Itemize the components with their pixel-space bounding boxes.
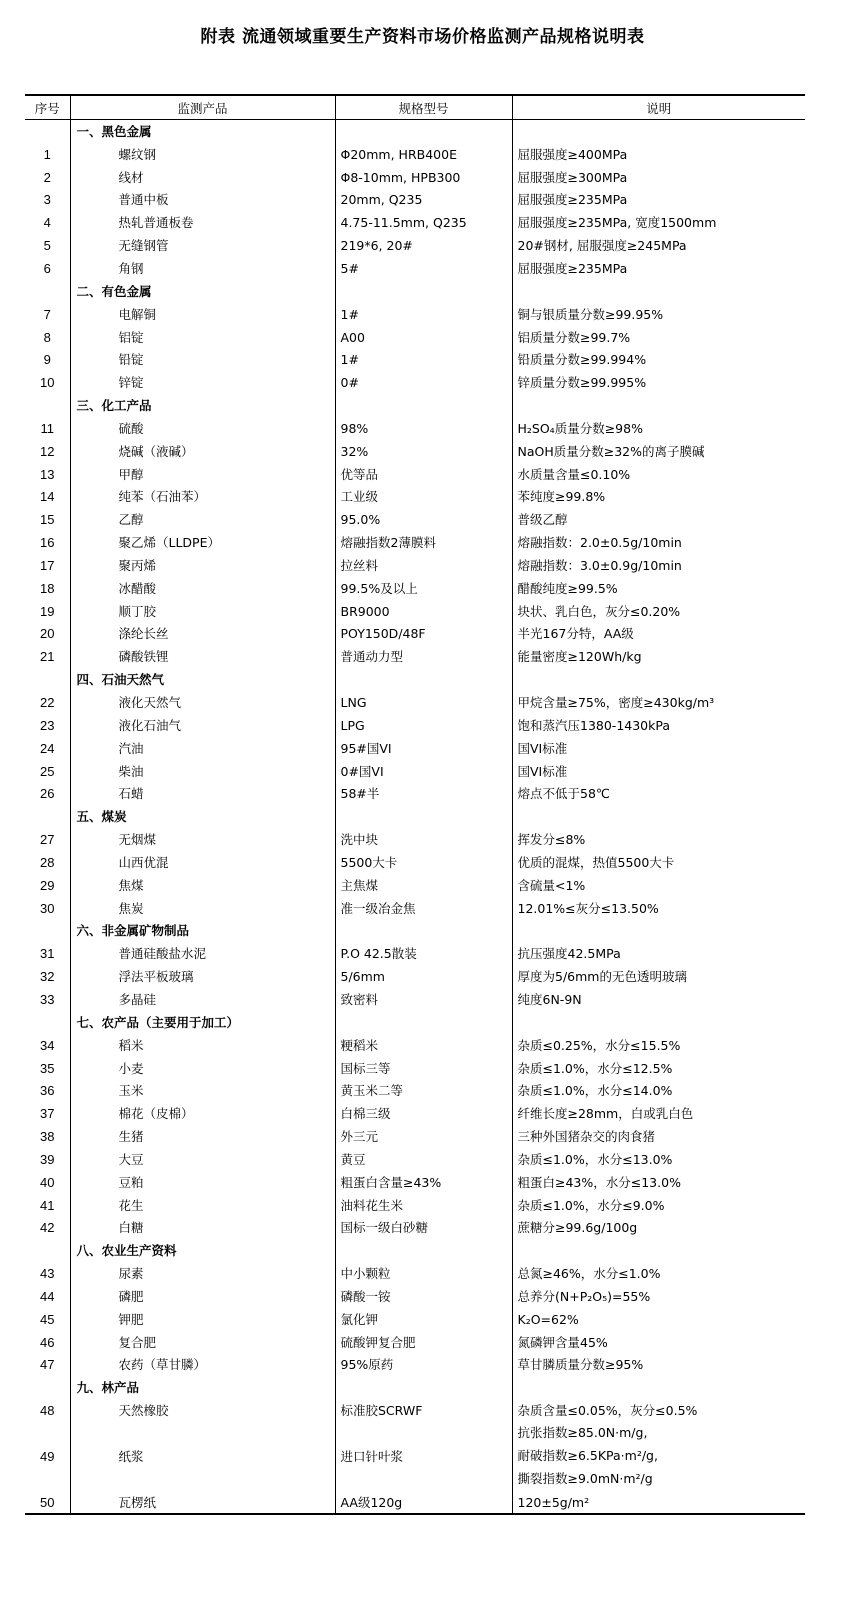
table-row: 18冰醋酸99.5%及以上醋酸纯度≥99.5% [25, 577, 805, 600]
category-label: 八、农业生产资料 [70, 1239, 335, 1262]
row-spec: 准一级冶金焦 [335, 897, 512, 920]
spec-table: 序号 监测产品 规格型号 说明 一、黑色金属1螺纹钢Φ20mm, HRB400E… [25, 94, 805, 1515]
category-row: 三、化工产品 [25, 394, 805, 417]
row-spec: 进口针叶浆 [335, 1422, 512, 1491]
table-row: 37棉花（皮棉）白棉三级纤维长度≥28mm，白或乳白色 [25, 1102, 805, 1125]
row-index: 30 [25, 897, 70, 920]
row-index: 31 [25, 942, 70, 965]
row-note [512, 805, 805, 828]
header-index: 序号 [25, 95, 70, 120]
category-label: 七、农产品（主要用于加工） [70, 1011, 335, 1034]
row-product: 热轧普通板卷 [70, 211, 335, 234]
row-product: 磷肥 [70, 1285, 335, 1308]
row-product: 焦炭 [70, 897, 335, 920]
row-product: 锌锭 [70, 371, 335, 394]
row-spec [335, 1376, 512, 1399]
header-product: 监测产品 [70, 95, 335, 120]
row-note: 屈服强度≥300MPa [512, 166, 805, 189]
row-product: 普通中板 [70, 189, 335, 212]
category-row: 九、林产品 [25, 1376, 805, 1399]
row-note: 水质量含量≤0.10% [512, 463, 805, 486]
row-product: 电解铜 [70, 303, 335, 326]
row-note: 杂质≤1.0%，水分≤12.5% [512, 1057, 805, 1080]
row-note: 屈服强度≥235MPa, 宽度1500mm [512, 211, 805, 234]
table-row: 29焦煤主焦煤含硫量<1% [25, 874, 805, 897]
row-spec: 粗蛋白含量≥43% [335, 1171, 512, 1194]
row-spec: 5500大卡 [335, 851, 512, 874]
row-index: 32 [25, 965, 70, 988]
row-spec: 硫酸钾复合肥 [335, 1331, 512, 1354]
table-row: 21磷酸铁锂普通动力型能量密度≥120Wh/kg [25, 645, 805, 668]
table-row: 23液化石油气LPG饱和蒸汽压1380-1430kPa [25, 714, 805, 737]
table-row: 43尿素中小颗粒总氮≥46%，水分≤1.0% [25, 1262, 805, 1285]
row-spec: 主焦煤 [335, 874, 512, 897]
row-spec: AA级120g [335, 1491, 512, 1515]
row-index: 42 [25, 1217, 70, 1240]
row-index: 38 [25, 1125, 70, 1148]
row-index: 10 [25, 371, 70, 394]
table-row: 15乙醇95.0%普级乙醇 [25, 508, 805, 531]
row-index: 5 [25, 234, 70, 257]
row-index: 4 [25, 211, 70, 234]
row-note: 20#钢材, 屈服强度≥245MPa [512, 234, 805, 257]
row-spec: 洗中块 [335, 828, 512, 851]
row-spec: 32% [335, 440, 512, 463]
row-index: 16 [25, 531, 70, 554]
row-index [25, 1239, 70, 1262]
row-product: 焦煤 [70, 874, 335, 897]
row-spec [335, 280, 512, 303]
row-product: 铅锭 [70, 348, 335, 371]
row-index: 48 [25, 1399, 70, 1422]
row-spec: 1# [335, 348, 512, 371]
row-index [25, 1376, 70, 1399]
row-product: 生猪 [70, 1125, 335, 1148]
table-row: 10锌锭0#锌质量分数≥99.995% [25, 371, 805, 394]
row-index [25, 920, 70, 943]
row-product: 普通硅酸盐水泥 [70, 942, 335, 965]
row-product: 顺丁胶 [70, 600, 335, 623]
row-spec: 油料花生米 [335, 1194, 512, 1217]
row-spec [335, 920, 512, 943]
table-row: 38生猪外三元三种外国猪杂交的肉食猪 [25, 1125, 805, 1148]
note-line: 耐破指数≥6.5KPa·m²/g, [518, 1445, 806, 1468]
row-spec: BR9000 [335, 600, 512, 623]
table-row: 45钾肥氯化钾K₂O=62% [25, 1308, 805, 1331]
row-index: 29 [25, 874, 70, 897]
row-note: 12.01%≤灰分≤13.50% [512, 897, 805, 920]
row-spec [335, 805, 512, 828]
row-index: 23 [25, 714, 70, 737]
row-spec: 外三元 [335, 1125, 512, 1148]
row-spec: 58#半 [335, 782, 512, 805]
row-note: 挥发分≤8% [512, 828, 805, 851]
row-spec: 国标三等 [335, 1057, 512, 1080]
row-index: 20 [25, 623, 70, 646]
row-product: 铝锭 [70, 326, 335, 349]
table-row: 41花生油料花生米杂质≤1.0%，水分≤9.0% [25, 1194, 805, 1217]
row-product: 线材 [70, 166, 335, 189]
row-index: 41 [25, 1194, 70, 1217]
category-row: 八、农业生产资料 [25, 1239, 805, 1262]
row-spec: LPG [335, 714, 512, 737]
row-product: 汽油 [70, 737, 335, 760]
row-note: 锌质量分数≥99.995% [512, 371, 805, 394]
table-row: 46复合肥硫酸钾复合肥氮磷钾含量45% [25, 1331, 805, 1354]
row-spec: 95.0% [335, 508, 512, 531]
row-spec [335, 394, 512, 417]
row-note: 屈服强度≥400MPa [512, 143, 805, 166]
row-product: 聚丙烯 [70, 554, 335, 577]
row-product: 花生 [70, 1194, 335, 1217]
page-title: 附表 流通领域重要生产资料市场价格监测产品规格说明表 [0, 22, 845, 47]
row-product: 尿素 [70, 1262, 335, 1285]
table-row: 35小麦国标三等杂质≤1.0%，水分≤12.5% [25, 1057, 805, 1080]
table-row: 8铝锭A00铝质量分数≥99.7% [25, 326, 805, 349]
row-note [512, 1011, 805, 1034]
row-note: 氮磷钾含量45% [512, 1331, 805, 1354]
table-row: 32浮法平板玻璃5/6mm厚度为5/6mm的无色透明玻璃 [25, 965, 805, 988]
row-note: 屈服强度≥235MPa [512, 189, 805, 212]
category-label: 一、黑色金属 [70, 120, 335, 143]
row-spec: 中小颗粒 [335, 1262, 512, 1285]
header-spec: 规格型号 [335, 95, 512, 120]
row-index [25, 120, 70, 143]
table-row: 28山西优混5500大卡优质的混煤，热值5500大卡 [25, 851, 805, 874]
row-product: 柴油 [70, 760, 335, 783]
row-note: 三种外国猪杂交的肉食猪 [512, 1125, 805, 1148]
row-index: 6 [25, 257, 70, 280]
row-spec: 95#国VI [335, 737, 512, 760]
row-spec: 5/6mm [335, 965, 512, 988]
row-index: 50 [25, 1491, 70, 1515]
row-index: 47 [25, 1354, 70, 1377]
row-product: 瓦楞纸 [70, 1491, 335, 1515]
row-spec: 219*6, 20# [335, 234, 512, 257]
row-spec: 氯化钾 [335, 1308, 512, 1331]
row-spec: 黄玉米二等 [335, 1079, 512, 1102]
row-spec: 1# [335, 303, 512, 326]
row-product: 小麦 [70, 1057, 335, 1080]
row-note [512, 668, 805, 691]
table-row: 44磷肥磷酸一铵总养分(N+P₂O₅)=55% [25, 1285, 805, 1308]
row-spec: 粳稻米 [335, 1034, 512, 1057]
row-index: 7 [25, 303, 70, 326]
row-product: 聚乙烯（LLDPE） [70, 531, 335, 554]
row-index: 26 [25, 782, 70, 805]
row-product: 烧碱（液碱） [70, 440, 335, 463]
row-note: 总氮≥46%，水分≤1.0% [512, 1262, 805, 1285]
row-note: 国VI标准 [512, 760, 805, 783]
table-row: 31普通硅酸盐水泥P.O 42.5散装抗压强度42.5MPa [25, 942, 805, 965]
table-row: 14纯苯（石油苯）工业级苯纯度≥99.8% [25, 486, 805, 509]
row-note: 铝质量分数≥99.7% [512, 326, 805, 349]
row-index: 14 [25, 486, 70, 509]
table-row: 26石蜡58#半熔点不低于58℃ [25, 782, 805, 805]
row-product: 螺纹钢 [70, 143, 335, 166]
row-index: 25 [25, 760, 70, 783]
row-note: 杂质含量≤0.05%，灰分≤0.5% [512, 1399, 805, 1422]
row-note: 蔗糖分≥99.6g/100g [512, 1217, 805, 1240]
row-index: 37 [25, 1102, 70, 1125]
row-product: 白糖 [70, 1217, 335, 1240]
row-index [25, 1011, 70, 1034]
table-row: 25柴油0#国VI国VI标准 [25, 760, 805, 783]
category-row: 六、非金属矿物制品 [25, 920, 805, 943]
table-row: 19顺丁胶BR9000块状、乳白色，灰分≤0.20% [25, 600, 805, 623]
row-index: 3 [25, 189, 70, 212]
row-index: 1 [25, 143, 70, 166]
row-index: 36 [25, 1079, 70, 1102]
row-product: 角钢 [70, 257, 335, 280]
row-note [512, 920, 805, 943]
row-spec: 5# [335, 257, 512, 280]
table-row: 33多晶硅致密料纯度6N-9N [25, 988, 805, 1011]
row-note: 屈服强度≥235MPa [512, 257, 805, 280]
note-line: 撕裂指数≥9.0mN·m²/g [518, 1468, 806, 1491]
category-label: 三、化工产品 [70, 394, 335, 417]
row-spec [335, 1239, 512, 1262]
row-product: 液化天然气 [70, 691, 335, 714]
row-note: 厚度为5/6mm的无色透明玻璃 [512, 965, 805, 988]
row-product: 硫酸 [70, 417, 335, 440]
table-body: 一、黑色金属1螺纹钢Φ20mm, HRB400E屈服强度≥400MPa2线材Φ8… [25, 120, 805, 1515]
row-product: 山西优混 [70, 851, 335, 874]
table-row: 40豆粕粗蛋白含量≥43%粗蛋白≥43%，水分≤13.0% [25, 1171, 805, 1194]
category-row: 四、石油天然气 [25, 668, 805, 691]
row-index: 17 [25, 554, 70, 577]
category-label: 四、石油天然气 [70, 668, 335, 691]
row-index: 49 [25, 1422, 70, 1491]
row-product: 稻米 [70, 1034, 335, 1057]
row-index: 2 [25, 166, 70, 189]
row-note: NaOH质量分数≥32%的离子膜碱 [512, 440, 805, 463]
table-row: 3普通中板20mm, Q235屈服强度≥235MPa [25, 189, 805, 212]
row-note: 草甘膦质量分数≥95% [512, 1354, 805, 1377]
row-note [512, 280, 805, 303]
row-note: 120±5g/m² [512, 1491, 805, 1515]
row-note: 普级乙醇 [512, 508, 805, 531]
row-index: 21 [25, 645, 70, 668]
row-spec: POY150D/48F [335, 623, 512, 646]
category-row: 一、黑色金属 [25, 120, 805, 143]
row-index: 39 [25, 1148, 70, 1171]
row-product: 玉米 [70, 1079, 335, 1102]
table-row: 47农药（草甘膦）95%原药草甘膦质量分数≥95% [25, 1354, 805, 1377]
row-index: 45 [25, 1308, 70, 1331]
table-row: 50瓦楞纸AA级120g120±5g/m² [25, 1491, 805, 1515]
table-row: 2线材Φ8-10mm, HPB300屈服强度≥300MPa [25, 166, 805, 189]
row-spec: 优等品 [335, 463, 512, 486]
category-label: 二、有色金属 [70, 280, 335, 303]
table-row: 20涤纶长丝POY150D/48F半光167分特，AA级 [25, 623, 805, 646]
row-product: 纯苯（石油苯） [70, 486, 335, 509]
row-note: 醋酸纯度≥99.5% [512, 577, 805, 600]
row-spec: 20mm, Q235 [335, 189, 512, 212]
header-note: 说明 [512, 95, 805, 120]
row-note: 抗压强度42.5MPa [512, 942, 805, 965]
row-product: 石蜡 [70, 782, 335, 805]
row-note: 能量密度≥120Wh/kg [512, 645, 805, 668]
row-note: 熔点不低于58℃ [512, 782, 805, 805]
row-note: 块状、乳白色，灰分≤0.20% [512, 600, 805, 623]
row-index [25, 805, 70, 828]
table-row: 34稻米粳稻米杂质≤0.25%，水分≤15.5% [25, 1034, 805, 1057]
table-row: 49纸浆进口针叶浆抗张指数≥85.0N·m/g,耐破指数≥6.5KPa·m²/g… [25, 1422, 805, 1491]
table-row: 24汽油95#国VI国VI标准 [25, 737, 805, 760]
row-index: 27 [25, 828, 70, 851]
row-note: 纯度6N-9N [512, 988, 805, 1011]
table-row: 42白糖国标一级白砂糖蔗糖分≥99.6g/100g [25, 1217, 805, 1240]
row-note [512, 394, 805, 417]
row-spec: 0# [335, 371, 512, 394]
category-label: 五、煤炭 [70, 805, 335, 828]
row-spec: 国标一级白砂糖 [335, 1217, 512, 1240]
row-index: 46 [25, 1331, 70, 1354]
category-row: 五、煤炭 [25, 805, 805, 828]
row-product: 甲醇 [70, 463, 335, 486]
row-spec: Φ8-10mm, HPB300 [335, 166, 512, 189]
table-row: 11硫酸98%H₂SO₄质量分数≥98% [25, 417, 805, 440]
row-index: 33 [25, 988, 70, 1011]
table-row: 17聚丙烯拉丝料熔融指数：3.0±0.9g/10min [25, 554, 805, 577]
row-index: 43 [25, 1262, 70, 1285]
row-note: 铜与银质量分数≥99.95% [512, 303, 805, 326]
row-index: 35 [25, 1057, 70, 1080]
row-note: H₂SO₄质量分数≥98% [512, 417, 805, 440]
row-index: 15 [25, 508, 70, 531]
row-note: 熔融指数：3.0±0.9g/10min [512, 554, 805, 577]
row-index: 24 [25, 737, 70, 760]
row-spec: A00 [335, 326, 512, 349]
row-product: 无缝钢管 [70, 234, 335, 257]
row-note [512, 1239, 805, 1262]
table-header-row: 序号 监测产品 规格型号 说明 [25, 95, 805, 120]
row-index [25, 394, 70, 417]
table-row: 39大豆黄豆杂质≤1.0%，水分≤13.0% [25, 1148, 805, 1171]
row-spec: 磷酸一铵 [335, 1285, 512, 1308]
row-product: 天然橡胶 [70, 1399, 335, 1422]
table-row: 7电解铜1#铜与银质量分数≥99.95% [25, 303, 805, 326]
row-product: 无烟煤 [70, 828, 335, 851]
row-spec: 4.75-11.5mm, Q235 [335, 211, 512, 234]
row-note: 粗蛋白≥43%，水分≤13.0% [512, 1171, 805, 1194]
row-spec: P.O 42.5散装 [335, 942, 512, 965]
row-index [25, 668, 70, 691]
table-row: 12烧碱（液碱）32%NaOH质量分数≥32%的离子膜碱 [25, 440, 805, 463]
row-index: 19 [25, 600, 70, 623]
row-index [25, 280, 70, 303]
table-row: 36玉米黄玉米二等杂质≤1.0%，水分≤14.0% [25, 1079, 805, 1102]
row-index: 9 [25, 348, 70, 371]
row-spec: Φ20mm, HRB400E [335, 143, 512, 166]
row-note: 饱和蒸汽压1380-1430kPa [512, 714, 805, 737]
row-index: 40 [25, 1171, 70, 1194]
row-product: 复合肥 [70, 1331, 335, 1354]
row-index: 34 [25, 1034, 70, 1057]
row-note: 杂质≤1.0%，水分≤13.0% [512, 1148, 805, 1171]
row-product: 农药（草甘膦） [70, 1354, 335, 1377]
row-index: 8 [25, 326, 70, 349]
row-note: 国VI标准 [512, 737, 805, 760]
row-index: 13 [25, 463, 70, 486]
row-index: 28 [25, 851, 70, 874]
row-product: 大豆 [70, 1148, 335, 1171]
row-spec [335, 668, 512, 691]
row-note: 苯纯度≥99.8% [512, 486, 805, 509]
row-product: 浮法平板玻璃 [70, 965, 335, 988]
row-index: 12 [25, 440, 70, 463]
row-spec: 0#国VI [335, 760, 512, 783]
row-product: 涤纶长丝 [70, 623, 335, 646]
row-spec: 普通动力型 [335, 645, 512, 668]
table-row: 9铅锭1#铅质量分数≥99.994% [25, 348, 805, 371]
row-spec: 熔融指数2薄膜料 [335, 531, 512, 554]
category-label: 六、非金属矿物制品 [70, 920, 335, 943]
table-row: 30焦炭准一级冶金焦12.01%≤灰分≤13.50% [25, 897, 805, 920]
category-row: 七、农产品（主要用于加工） [25, 1011, 805, 1034]
row-product: 多晶硅 [70, 988, 335, 1011]
table-row: 4热轧普通板卷4.75-11.5mm, Q235屈服强度≥235MPa, 宽度1… [25, 211, 805, 234]
row-note: 抗张指数≥85.0N·m/g,耐破指数≥6.5KPa·m²/g,撕裂指数≥9.0… [512, 1422, 805, 1491]
row-product: 乙醇 [70, 508, 335, 531]
row-spec: 白棉三级 [335, 1102, 512, 1125]
row-note [512, 120, 805, 143]
row-note: 铅质量分数≥99.994% [512, 348, 805, 371]
row-note [512, 1376, 805, 1399]
row-note: 含硫量<1% [512, 874, 805, 897]
row-spec: LNG [335, 691, 512, 714]
row-note: K₂O=62% [512, 1308, 805, 1331]
row-product: 冰醋酸 [70, 577, 335, 600]
table-row: 5无缝钢管219*6, 20#20#钢材, 屈服强度≥245MPa [25, 234, 805, 257]
row-product: 磷酸铁锂 [70, 645, 335, 668]
table-row: 22液化天然气LNG甲烷含量≥75%，密度≥430kg/m³ [25, 691, 805, 714]
row-spec [335, 120, 512, 143]
category-label: 九、林产品 [70, 1376, 335, 1399]
row-spec: 黄豆 [335, 1148, 512, 1171]
row-note: 优质的混煤，热值5500大卡 [512, 851, 805, 874]
table-row: 16聚乙烯（LLDPE）熔融指数2薄膜料熔融指数：2.0±0.5g/10min [25, 531, 805, 554]
row-note: 甲烷含量≥75%，密度≥430kg/m³ [512, 691, 805, 714]
row-note: 总养分(N+P₂O₅)=55% [512, 1285, 805, 1308]
row-product: 棉花（皮棉） [70, 1102, 335, 1125]
row-note: 杂质≤1.0%，水分≤14.0% [512, 1079, 805, 1102]
row-note: 纤维长度≥28mm，白或乳白色 [512, 1102, 805, 1125]
row-spec: 工业级 [335, 486, 512, 509]
table-row: 48天然橡胶标准胶SCRWF杂质含量≤0.05%，灰分≤0.5% [25, 1399, 805, 1422]
row-note: 杂质≤1.0%，水分≤9.0% [512, 1194, 805, 1217]
table-row: 27无烟煤洗中块挥发分≤8% [25, 828, 805, 851]
table-row: 13甲醇优等品水质量含量≤0.10% [25, 463, 805, 486]
row-index: 22 [25, 691, 70, 714]
table-row: 6角钢5#屈服强度≥235MPa [25, 257, 805, 280]
row-spec: 致密料 [335, 988, 512, 1011]
note-line: 抗张指数≥85.0N·m/g, [518, 1422, 806, 1445]
row-index: 11 [25, 417, 70, 440]
row-note: 半光167分特，AA级 [512, 623, 805, 646]
row-note: 熔融指数：2.0±0.5g/10min [512, 531, 805, 554]
row-spec: 拉丝料 [335, 554, 512, 577]
row-note: 杂质≤0.25%，水分≤15.5% [512, 1034, 805, 1057]
row-spec: 99.5%及以上 [335, 577, 512, 600]
row-product: 纸浆 [70, 1422, 335, 1491]
row-spec: 95%原药 [335, 1354, 512, 1377]
row-index: 18 [25, 577, 70, 600]
row-spec: 98% [335, 417, 512, 440]
row-spec [335, 1011, 512, 1034]
category-row: 二、有色金属 [25, 280, 805, 303]
